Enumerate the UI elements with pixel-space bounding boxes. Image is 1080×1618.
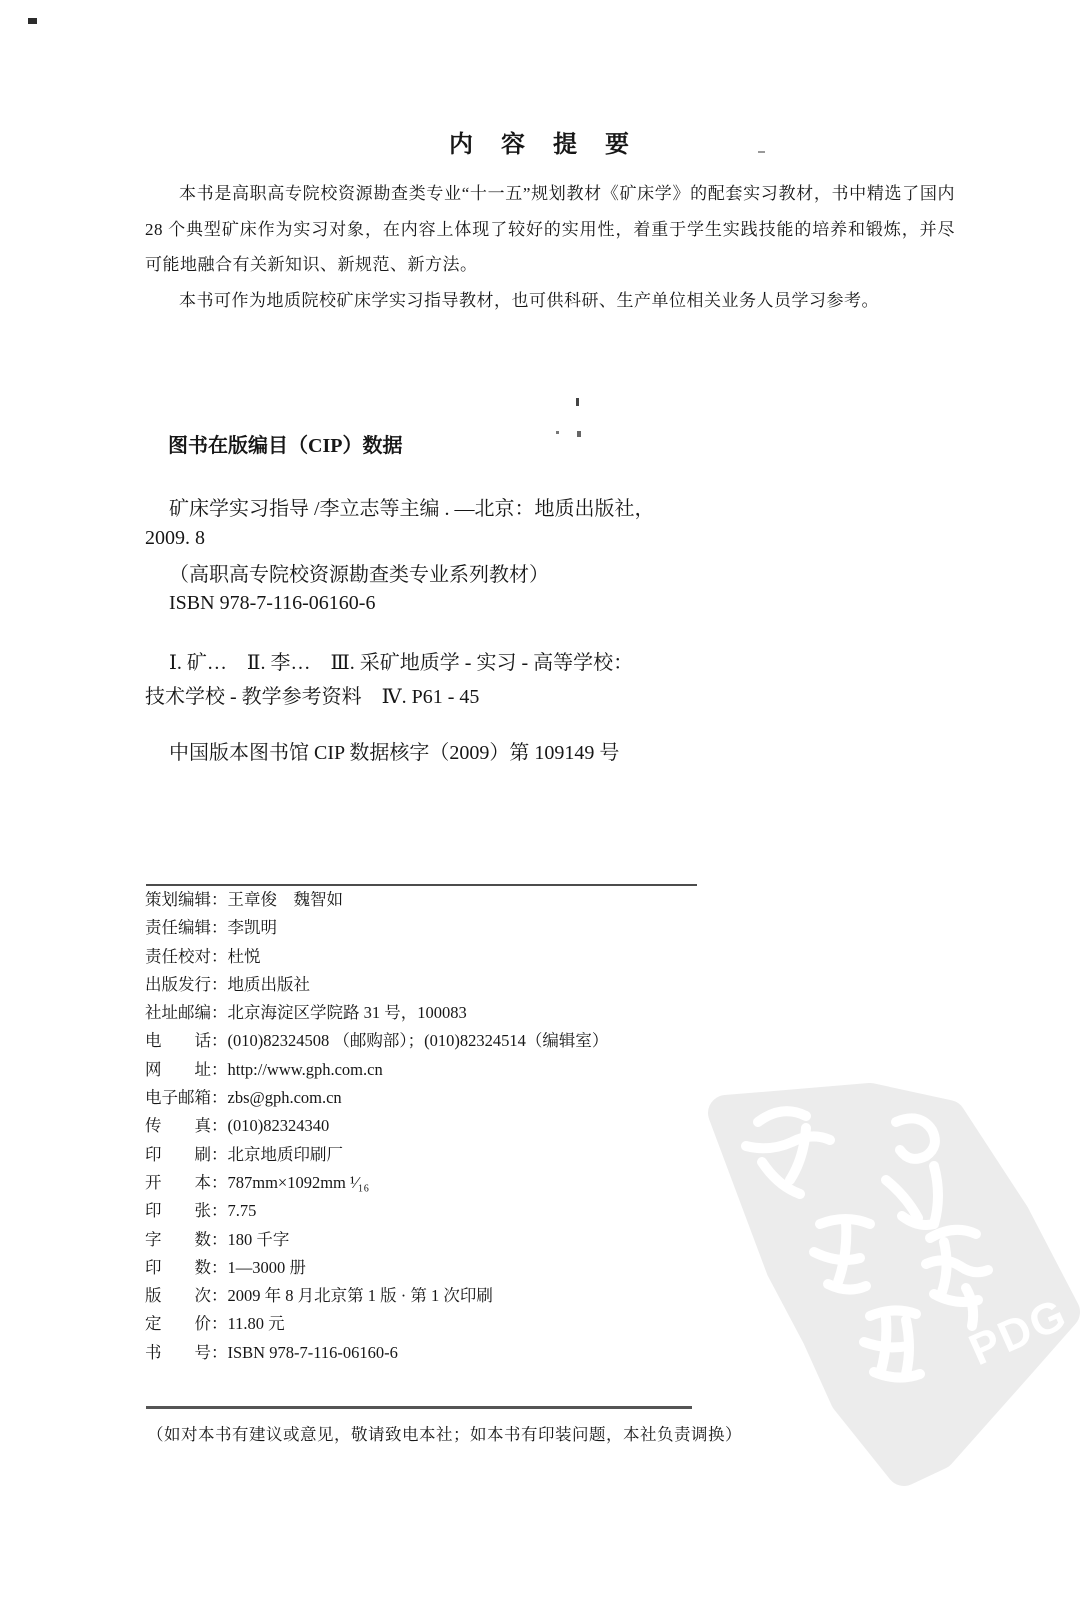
colophon-label: 社址邮编： bbox=[145, 999, 228, 1027]
colophon-row: 电子邮箱：zbs@gph.com.cn bbox=[145, 1084, 608, 1112]
colophon-row: 责任校对：杜悦 bbox=[145, 943, 608, 971]
colophon-value: ISBN 978-7-116-06160-6 bbox=[228, 1343, 398, 1362]
colophon-label: 责任校对： bbox=[145, 943, 228, 971]
colophon-row: 责任编辑：李凯明 bbox=[145, 914, 608, 942]
page-title: 内 容 提 要 bbox=[0, 124, 1080, 159]
cip-series-line: （高职高专院校资源勘查类专业系列教材） bbox=[169, 558, 549, 587]
summary-paragraph: 本书是高职高专院校资源勘查类专业“十一五”规划教材《矿床学》的配套实习教材，书中… bbox=[145, 176, 955, 283]
colophon-label: 字 数： bbox=[145, 1226, 228, 1254]
cip-header: 图书在版编目（CIP）数据 bbox=[168, 429, 402, 458]
colophon-value: 北京地质印刷厂 bbox=[228, 1145, 344, 1164]
colophon-row: 印 张：7.75 bbox=[145, 1197, 608, 1225]
colophon-label: 电 话： bbox=[145, 1027, 228, 1055]
colophon-label: 定 价： bbox=[145, 1310, 228, 1338]
colophon-row: 书 号：ISBN 978-7-116-06160-6 bbox=[145, 1339, 608, 1367]
colophon-value: 7.75 bbox=[228, 1201, 257, 1220]
colophon-label: 书 号： bbox=[145, 1339, 228, 1367]
colophon-value: 地质出版社 bbox=[228, 975, 311, 994]
summary-block: 本书是高职高专院校资源勘查类专业“十一五”规划教材《矿床学》的配套实习教材，书中… bbox=[145, 176, 955, 318]
cip-title-line: 矿床学实习指导 /李立志等主编 . —北京：地质出版社， bbox=[169, 492, 655, 521]
colophon-label: 网 址： bbox=[145, 1056, 228, 1084]
colophon-row: 字 数：180 千字 bbox=[145, 1226, 608, 1254]
colophon-label: 版 次： bbox=[145, 1282, 228, 1310]
colophon-value: 杜悦 bbox=[228, 947, 261, 966]
cip-class-line-2: 技术学校 - 教学参考资料 Ⅳ. P61 - 45 bbox=[145, 680, 479, 709]
colophon-row: 电 话：(010)82324508 （邮购部）；(010)82324514（编辑… bbox=[145, 1027, 608, 1055]
colophon-value: 2009 年 8 月北京第 1 版 · 第 1 次印刷 bbox=[228, 1286, 493, 1305]
colophon-value: 11.80 元 bbox=[228, 1314, 285, 1333]
cip-record-line: 中国版本图书馆 CIP 数据核字（2009）第 109149 号 bbox=[169, 736, 619, 765]
colophon-value: 北京海淀区学院路 31 号，100083 bbox=[228, 1003, 467, 1022]
cip-year-line: 2009. 8 bbox=[145, 527, 205, 550]
cip-isbn-line: ISBN 978-7-116-06160-6 bbox=[169, 592, 375, 615]
colophon-value: 李凯明 bbox=[228, 918, 278, 937]
colophon-value: (010)82324508 （邮购部）；(010)82324514（编辑室） bbox=[228, 1031, 609, 1050]
summary-paragraph: 本书可作为地质院校矿床学实习指导教材，也可供科研、生产单位相关业务人员学习参考。 bbox=[145, 283, 955, 319]
colophon-list: 策划编辑：王章俊 魏智如责任编辑：李凯明责任校对：杜悦出版发行：地质出版社社址邮… bbox=[145, 886, 608, 1367]
colophon-label: 责任编辑： bbox=[145, 914, 228, 942]
divider-rule-bottom bbox=[146, 1406, 692, 1409]
watermark-stamp: PDG bbox=[660, 1040, 1080, 1618]
colophon-row: 策划编辑：王章俊 魏智如 bbox=[145, 886, 608, 914]
scan-speck bbox=[28, 18, 37, 24]
colophon-row: 版 次：2009 年 8 月北京第 1 版 · 第 1 次印刷 bbox=[145, 1282, 608, 1310]
colophon-label: 开 本： bbox=[145, 1169, 228, 1197]
footer-note: （如对本书有建议或意见，敬请致电本社；如本书有印装问题，本社负责调换） bbox=[147, 1421, 742, 1445]
colophon-row: 社址邮编：北京海淀区学院路 31 号，100083 bbox=[145, 999, 608, 1027]
colophon-row: 印 数：1—3000 册 bbox=[145, 1254, 608, 1282]
cip-class-line-1: Ⅰ. 矿… Ⅱ. 李… Ⅲ. 采矿地质学 - 实习 - 高等学校： bbox=[169, 646, 633, 675]
colophon-value: 1—3000 册 bbox=[228, 1258, 306, 1277]
colophon-value: (010)82324340 bbox=[228, 1116, 330, 1135]
colophon-value: 180 千字 bbox=[228, 1230, 290, 1249]
colophon-value: http://www.gph.com.cn bbox=[228, 1060, 383, 1079]
book-copyright-page: PDG 内 容 提 要 本书是高职高专院校资源勘查类专业“十一五”规划教材《矿床… bbox=[0, 0, 1080, 1618]
colophon-row: 印 刷：北京地质印刷厂 bbox=[145, 1141, 608, 1169]
colophon-row: 开 本：787mm×1092mm ¹⁄₁₆ bbox=[145, 1169, 608, 1197]
scan-speck bbox=[576, 398, 579, 406]
colophon-row: 传 真：(010)82324340 bbox=[145, 1112, 608, 1140]
colophon-label: 策划编辑： bbox=[145, 886, 228, 914]
colophon-value: 王章俊 魏智如 bbox=[228, 890, 344, 909]
colophon-label: 电子邮箱： bbox=[145, 1084, 228, 1112]
colophon-label: 传 真： bbox=[145, 1112, 228, 1140]
colophon-row: 定 价：11.80 元 bbox=[145, 1310, 608, 1338]
colophon-label: 印 数： bbox=[145, 1254, 228, 1282]
colophon-label: 印 刷： bbox=[145, 1141, 228, 1169]
scan-speck bbox=[556, 431, 559, 434]
colophon-value: 787mm×1092mm ¹⁄₁₆ bbox=[228, 1173, 370, 1192]
colophon-label: 印 张： bbox=[145, 1197, 228, 1225]
colophon-row: 网 址：http://www.gph.com.cn bbox=[145, 1056, 608, 1084]
scan-speck bbox=[577, 431, 581, 437]
colophon-label: 出版发行： bbox=[145, 971, 228, 999]
colophon-value: zbs@gph.com.cn bbox=[228, 1088, 342, 1107]
colophon-row: 出版发行：地质出版社 bbox=[145, 971, 608, 999]
watermark-stamp-shape bbox=[726, 1101, 1062, 1468]
